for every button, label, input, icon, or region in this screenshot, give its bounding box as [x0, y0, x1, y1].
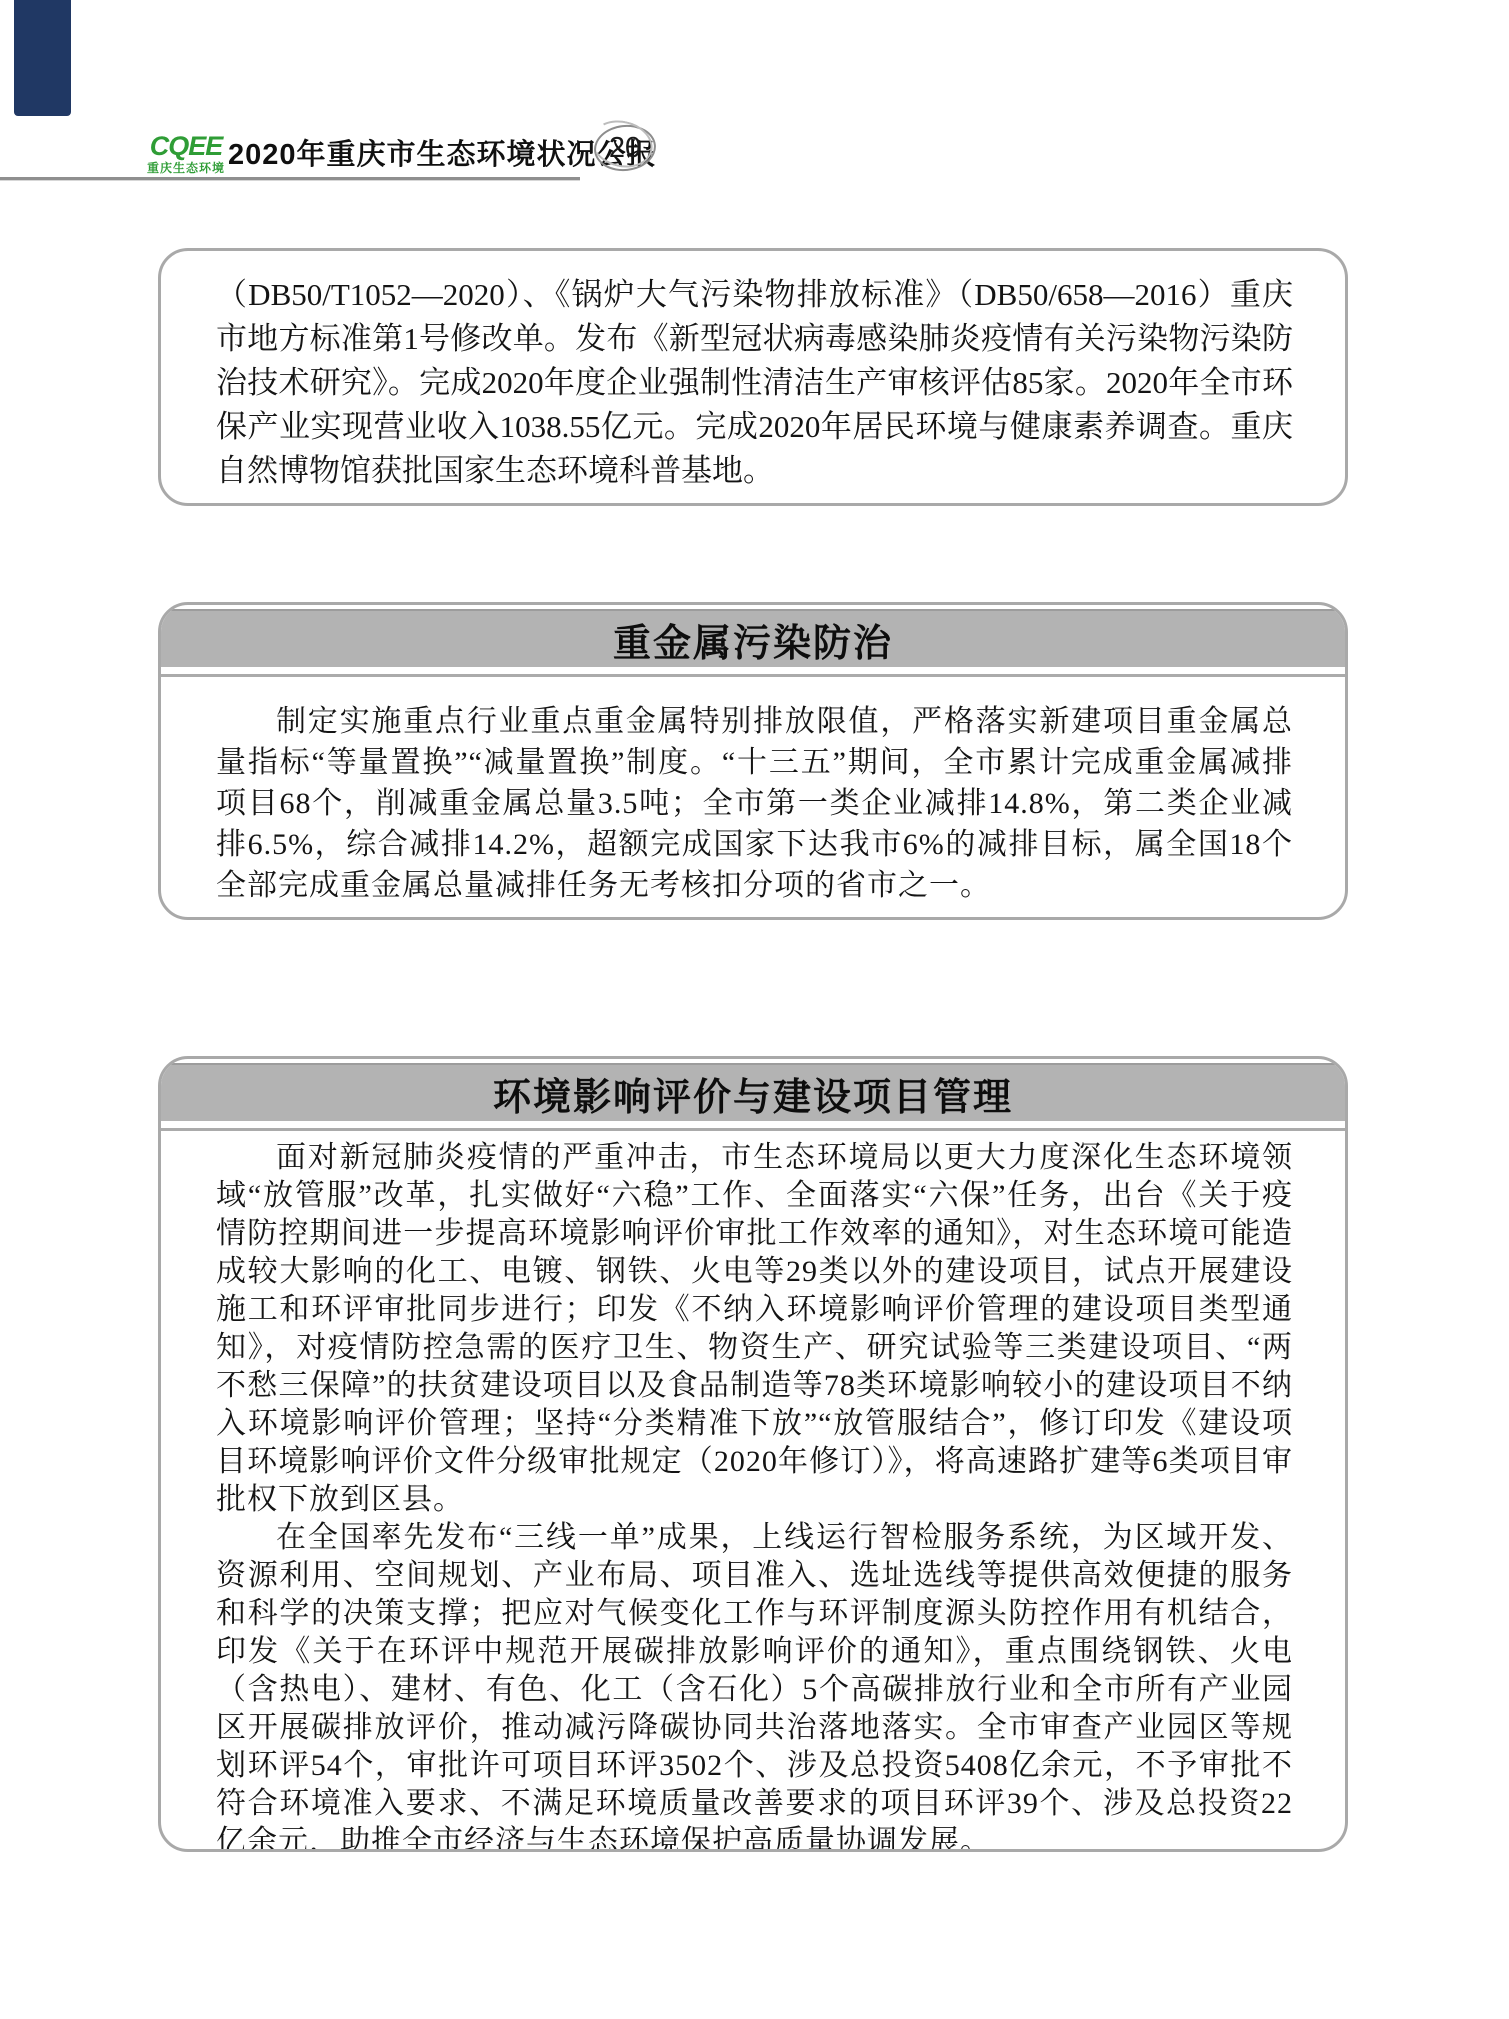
- section-paragraph: 制定实施重点行业重点重金属特别排放限值，严格落实新建项目重金属总量指标“等量置换…: [216, 701, 1293, 906]
- cqee-logo: CQEE 重庆生态环境: [146, 133, 226, 174]
- header-divider-white: [161, 1121, 1345, 1128]
- section-eia-project-management: 环境影响评价与建设项目管理 面对新冠肺炎疫情的严重冲击，市生态环境局以更大力度深…: [158, 1056, 1348, 1852]
- header-rule: [0, 177, 580, 181]
- logo-subtitle: 重庆生态环境: [146, 162, 226, 174]
- section-heavy-metal-body: 制定实施重点行业重点重金属特别排放限值，严格落实新建项目重金属总量指标“等量置换…: [161, 677, 1345, 906]
- section-paragraph: 在全国率先发布“三线一单”成果，上线运行智检服务系统，为区域开发、资源利用、空间…: [216, 1519, 1293, 1852]
- section-eia-header: 环境影响评价与建设项目管理: [161, 1063, 1345, 1121]
- page-number-badge: 20: [594, 125, 656, 171]
- intro-text: （DB50/T1052—2020）、《锅炉大气污染物排放标准》（DB50/658…: [216, 273, 1293, 493]
- section-heavy-metal-pollution: 重金属污染防治 制定实施重点行业重点重金属特别排放限值，严格落实新建项目重金属总…: [158, 602, 1348, 920]
- section-heavy-metal-header: 重金属污染防治: [161, 609, 1345, 667]
- corner-tab: [14, 0, 71, 116]
- logo-acronym: CQEE: [146, 133, 226, 160]
- page-number: 20: [594, 125, 656, 171]
- section-title: 环境影响评价与建设项目管理: [493, 1066, 1013, 1121]
- section-title: 重金属污染防治: [613, 612, 893, 667]
- section-paragraph: 面对新冠肺炎疫情的严重冲击，市生态环境局以更大力度深化生态环境领域“放管服”改革…: [216, 1139, 1293, 1519]
- intro-box: （DB50/T1052—2020）、《锅炉大气污染物排放标准》（DB50/658…: [158, 248, 1348, 506]
- section-eia-body: 面对新冠肺炎疫情的严重冲击，市生态环境局以更大力度深化生态环境领域“放管服”改革…: [161, 1131, 1345, 1852]
- header-divider-white: [161, 667, 1345, 674]
